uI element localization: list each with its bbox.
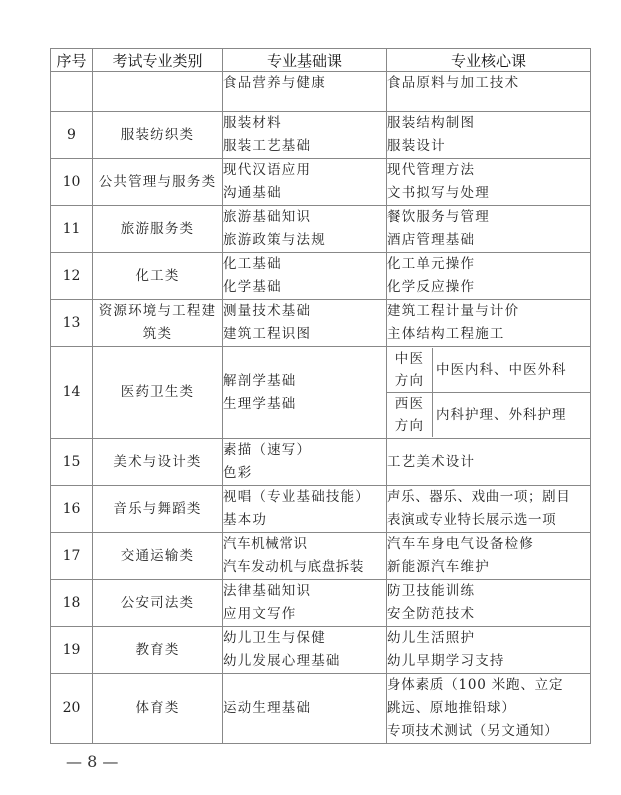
course-item: 现代管理方法 bbox=[387, 159, 590, 182]
row-basic-courses: 幼儿卫生与保健 幼儿发展心理基础 bbox=[223, 627, 387, 674]
course-item: 测量技术基础 bbox=[223, 300, 386, 323]
direction-label-line: 中医 bbox=[387, 348, 432, 370]
table-row: 12 化工类 化工基础 化学基础 化工单元操作 化学反应操作 bbox=[51, 253, 591, 300]
course-item: 汽车机械常识 bbox=[223, 533, 386, 556]
table-row: 14 医药卫生类 解剖学基础 生理学基础 中医 方向 中医内科、中医外科 西医 … bbox=[51, 347, 591, 439]
row-category: 公安司法类 bbox=[93, 580, 223, 627]
course-item: 专项技术测试（另文通知） bbox=[387, 720, 590, 743]
course-item: 声乐、器乐、戏曲一项；剧目 bbox=[387, 486, 590, 509]
course-item: 幼儿卫生与保健 bbox=[223, 627, 386, 650]
row-category: 资源环境与工程建 筑类 bbox=[93, 300, 223, 347]
course-item: 建筑工程识图 bbox=[223, 323, 386, 346]
course-item: 化工单元操作 bbox=[387, 253, 590, 276]
course-item: 幼儿发展心理基础 bbox=[223, 650, 386, 673]
row-core-courses: 幼儿生活照护 幼儿早期学习支持 bbox=[387, 627, 591, 674]
row-number: 9 bbox=[51, 112, 93, 159]
row-core-courses: 现代管理方法 文书拟写与处理 bbox=[387, 159, 591, 206]
row-category bbox=[93, 72, 223, 112]
direction-label-line: 西医 bbox=[387, 393, 432, 415]
course-item: 表演或专业特长展示选一项 bbox=[387, 509, 590, 532]
page-number: — 8 — bbox=[66, 752, 118, 771]
row-number: 11 bbox=[51, 206, 93, 253]
row-category: 公共管理与服务类 bbox=[93, 159, 223, 206]
row-basic-courses: 现代汉语应用 沟通基础 bbox=[223, 159, 387, 206]
row-number: 18 bbox=[51, 580, 93, 627]
course-item: 色彩 bbox=[223, 462, 386, 485]
course-item: 服装结构制图 bbox=[387, 112, 590, 135]
row-category: 化工类 bbox=[93, 253, 223, 300]
course-item: 服装材料 bbox=[223, 112, 386, 135]
course-item: 食品营养与健康 bbox=[223, 72, 386, 95]
row-number bbox=[51, 72, 93, 112]
course-item: 汽车车身电气设备检修 bbox=[387, 533, 590, 556]
row-basic-courses: 运动生理基础 bbox=[223, 674, 387, 744]
category-line: 筑类 bbox=[93, 323, 222, 346]
row-core-courses: 汽车车身电气设备检修 新能源汽车维护 bbox=[387, 533, 591, 580]
row-number: 20 bbox=[51, 674, 93, 744]
course-item: 食品原料与加工技术 bbox=[387, 72, 590, 95]
row-basic-courses: 测量技术基础 建筑工程识图 bbox=[223, 300, 387, 347]
row-number: 13 bbox=[51, 300, 93, 347]
row-category: 服装纺织类 bbox=[93, 112, 223, 159]
row-number: 10 bbox=[51, 159, 93, 206]
table-header-row: 序号 考试专业类别 专业基础课 专业核心课 bbox=[51, 49, 591, 72]
row-basic-courses: 旅游基础知识 旅游政策与法规 bbox=[223, 206, 387, 253]
course-item: 餐饮服务与管理 bbox=[387, 206, 590, 229]
row-number: 16 bbox=[51, 486, 93, 533]
row-core-courses: 工艺美术设计 bbox=[387, 439, 591, 486]
row-number: 19 bbox=[51, 627, 93, 674]
row-category: 体育类 bbox=[93, 674, 223, 744]
direction-courses: 中医内科、中医外科 bbox=[433, 348, 591, 393]
row-category: 音乐与舞蹈类 bbox=[93, 486, 223, 533]
course-item: 素描（速写） bbox=[223, 439, 386, 462]
row-basic-courses: 食品营养与健康 bbox=[223, 72, 387, 112]
row-core-courses: 食品原料与加工技术 bbox=[387, 72, 591, 112]
row-basic-courses: 汽车机械常识 汽车发动机与底盘拆装 bbox=[223, 533, 387, 580]
course-item: 化学基础 bbox=[223, 276, 386, 299]
course-item: 解剖学基础 bbox=[223, 370, 386, 393]
course-item: 主体结构工程施工 bbox=[387, 323, 590, 346]
course-item: 旅游基础知识 bbox=[223, 206, 386, 229]
row-category: 交通运输类 bbox=[93, 533, 223, 580]
row-core-courses: 餐饮服务与管理 酒店管理基础 bbox=[387, 206, 591, 253]
direction-label: 西医 方向 bbox=[387, 393, 433, 438]
row-category: 旅游服务类 bbox=[93, 206, 223, 253]
course-item: 防卫技能训练 bbox=[387, 580, 590, 603]
course-item: 汽车发动机与底盘拆装 bbox=[223, 556, 386, 579]
table-row: 食品营养与健康 食品原料与加工技术 bbox=[51, 72, 591, 112]
row-category: 教育类 bbox=[93, 627, 223, 674]
table-row: 9 服装纺织类 服装材料 服装工艺基础 服装结构制图 服装设计 bbox=[51, 112, 591, 159]
course-table: 序号 考试专业类别 专业基础课 专业核心课 食品营养与健康 食品原料与加工技术 … bbox=[50, 48, 591, 744]
table-row: 13 资源环境与工程建 筑类 测量技术基础 建筑工程识图 建筑工程计量与计价 主… bbox=[51, 300, 591, 347]
row-number: 14 bbox=[51, 347, 93, 439]
course-item: 运动生理基础 bbox=[223, 697, 386, 720]
course-item: 建筑工程计量与计价 bbox=[387, 300, 590, 323]
row-category: 医药卫生类 bbox=[93, 347, 223, 439]
header-category: 考试专业类别 bbox=[93, 49, 223, 72]
course-item: 跳远、原地推铅球） bbox=[387, 697, 590, 720]
table-row: 11 旅游服务类 旅游基础知识 旅游政策与法规 餐饮服务与管理 酒店管理基础 bbox=[51, 206, 591, 253]
row-basic-courses: 法律基础知识 应用文写作 bbox=[223, 580, 387, 627]
direction-subtable: 中医 方向 中医内科、中医外科 西医 方向 内科护理、外科护理 bbox=[387, 348, 590, 437]
table-row: 18 公安司法类 法律基础知识 应用文写作 防卫技能训练 安全防范技术 bbox=[51, 580, 591, 627]
direction-label: 中医 方向 bbox=[387, 348, 433, 393]
direction-row-western: 西医 方向 内科护理、外科护理 bbox=[387, 393, 590, 438]
course-item: 幼儿早期学习支持 bbox=[387, 650, 590, 673]
row-category: 美术与设计类 bbox=[93, 439, 223, 486]
row-basic-courses: 化工基础 化学基础 bbox=[223, 253, 387, 300]
course-item: 生理学基础 bbox=[223, 393, 386, 416]
row-basic-courses: 服装材料 服装工艺基础 bbox=[223, 112, 387, 159]
course-item: 幼儿生活照护 bbox=[387, 627, 590, 650]
course-item: 服装设计 bbox=[387, 135, 590, 158]
course-item: 新能源汽车维护 bbox=[387, 556, 590, 579]
course-item: 法律基础知识 bbox=[223, 580, 386, 603]
header-basic-courses: 专业基础课 bbox=[223, 49, 387, 72]
course-item: 文书拟写与处理 bbox=[387, 182, 590, 205]
direction-label-line: 方向 bbox=[387, 415, 432, 437]
course-item: 化工基础 bbox=[223, 253, 386, 276]
table-row: 17 交通运输类 汽车机械常识 汽车发动机与底盘拆装 汽车车身电气设备检修 新能… bbox=[51, 533, 591, 580]
row-core-courses: 中医 方向 中医内科、中医外科 西医 方向 内科护理、外科护理 bbox=[387, 347, 591, 439]
row-basic-courses: 素描（速写） 色彩 bbox=[223, 439, 387, 486]
table-row: 19 教育类 幼儿卫生与保健 幼儿发展心理基础 幼儿生活照护 幼儿早期学习支持 bbox=[51, 627, 591, 674]
direction-label-line: 方向 bbox=[387, 370, 432, 392]
course-item: 身体素质（100 米跑、立定 bbox=[387, 674, 590, 697]
course-item: 应用文写作 bbox=[223, 603, 386, 626]
course-item: 现代汉语应用 bbox=[223, 159, 386, 182]
row-number: 17 bbox=[51, 533, 93, 580]
row-core-courses: 建筑工程计量与计价 主体结构工程施工 bbox=[387, 300, 591, 347]
row-number: 12 bbox=[51, 253, 93, 300]
row-core-courses: 声乐、器乐、戏曲一项；剧目 表演或专业特长展示选一项 bbox=[387, 486, 591, 533]
header-number: 序号 bbox=[51, 49, 93, 72]
course-item: 沟通基础 bbox=[223, 182, 386, 205]
course-item: 旅游政策与法规 bbox=[223, 229, 386, 252]
course-item: 安全防范技术 bbox=[387, 603, 590, 626]
row-core-courses: 化工单元操作 化学反应操作 bbox=[387, 253, 591, 300]
table-row: 20 体育类 运动生理基础 身体素质（100 米跑、立定 跳远、原地推铅球） 专… bbox=[51, 674, 591, 744]
course-item: 基本功 bbox=[223, 509, 386, 532]
row-core-courses: 服装结构制图 服装设计 bbox=[387, 112, 591, 159]
course-item: 服装工艺基础 bbox=[223, 135, 386, 158]
course-item: 化学反应操作 bbox=[387, 276, 590, 299]
row-basic-courses: 视唱（专业基础技能） 基本功 bbox=[223, 486, 387, 533]
table-row: 15 美术与设计类 素描（速写） 色彩 工艺美术设计 bbox=[51, 439, 591, 486]
row-number: 15 bbox=[51, 439, 93, 486]
category-line: 资源环境与工程建 bbox=[93, 300, 222, 323]
course-item: 视唱（专业基础技能） bbox=[223, 486, 386, 509]
table-row: 16 音乐与舞蹈类 视唱（专业基础技能） 基本功 声乐、器乐、戏曲一项；剧目 表… bbox=[51, 486, 591, 533]
header-core-courses: 专业核心课 bbox=[387, 49, 591, 72]
row-core-courses: 身体素质（100 米跑、立定 跳远、原地推铅球） 专项技术测试（另文通知） bbox=[387, 674, 591, 744]
direction-row-tcm: 中医 方向 中医内科、中医外科 bbox=[387, 348, 590, 393]
course-item: 酒店管理基础 bbox=[387, 229, 590, 252]
table-row: 10 公共管理与服务类 现代汉语应用 沟通基础 现代管理方法 文书拟写与处理 bbox=[51, 159, 591, 206]
row-core-courses: 防卫技能训练 安全防范技术 bbox=[387, 580, 591, 627]
course-item: 工艺美术设计 bbox=[387, 451, 590, 474]
direction-courses: 内科护理、外科护理 bbox=[433, 393, 591, 438]
row-basic-courses: 解剖学基础 生理学基础 bbox=[223, 347, 387, 439]
